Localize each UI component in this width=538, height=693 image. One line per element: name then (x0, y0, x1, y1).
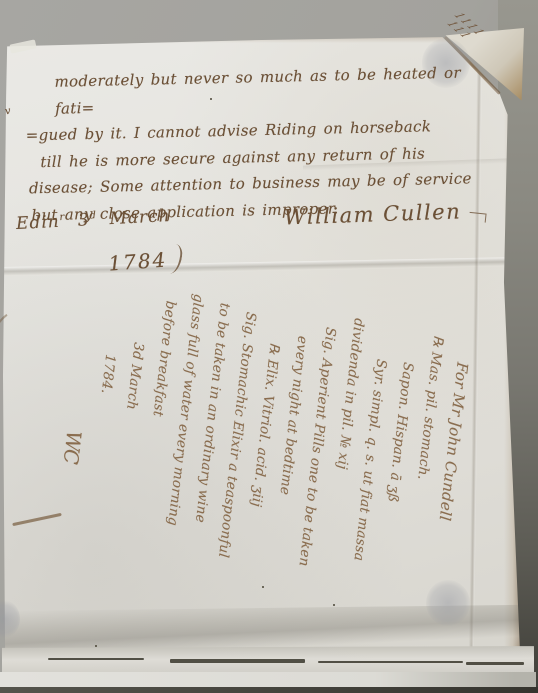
paper-speck (333, 604, 335, 606)
page-edge-slit (170, 659, 305, 663)
dateline-day-sup: d (89, 210, 97, 221)
signature-flourish (469, 212, 487, 223)
bottom-background (0, 687, 538, 693)
dateline-month: March (109, 206, 171, 229)
dateline-place-sup: r (59, 212, 65, 223)
margin-mark: v (4, 106, 11, 118)
dateline-day: 3 (77, 210, 90, 231)
fold-crease-main (3, 257, 520, 276)
year-flourish (164, 243, 184, 275)
page-edge-slit (318, 661, 463, 663)
paper-speck (262, 586, 264, 588)
ink-blot (426, 580, 470, 626)
prescription-block: For Mr John Cundell ℞ Mas. pil. stomach.… (44, 280, 480, 575)
dateline-year: 1784 (107, 235, 184, 275)
dateline-place: Edin (16, 212, 61, 234)
manuscript-scan: 1111 111 v moderately but never so much … (0, 0, 538, 693)
page-edge-slit (466, 662, 524, 665)
page-edge-slit (48, 658, 144, 660)
